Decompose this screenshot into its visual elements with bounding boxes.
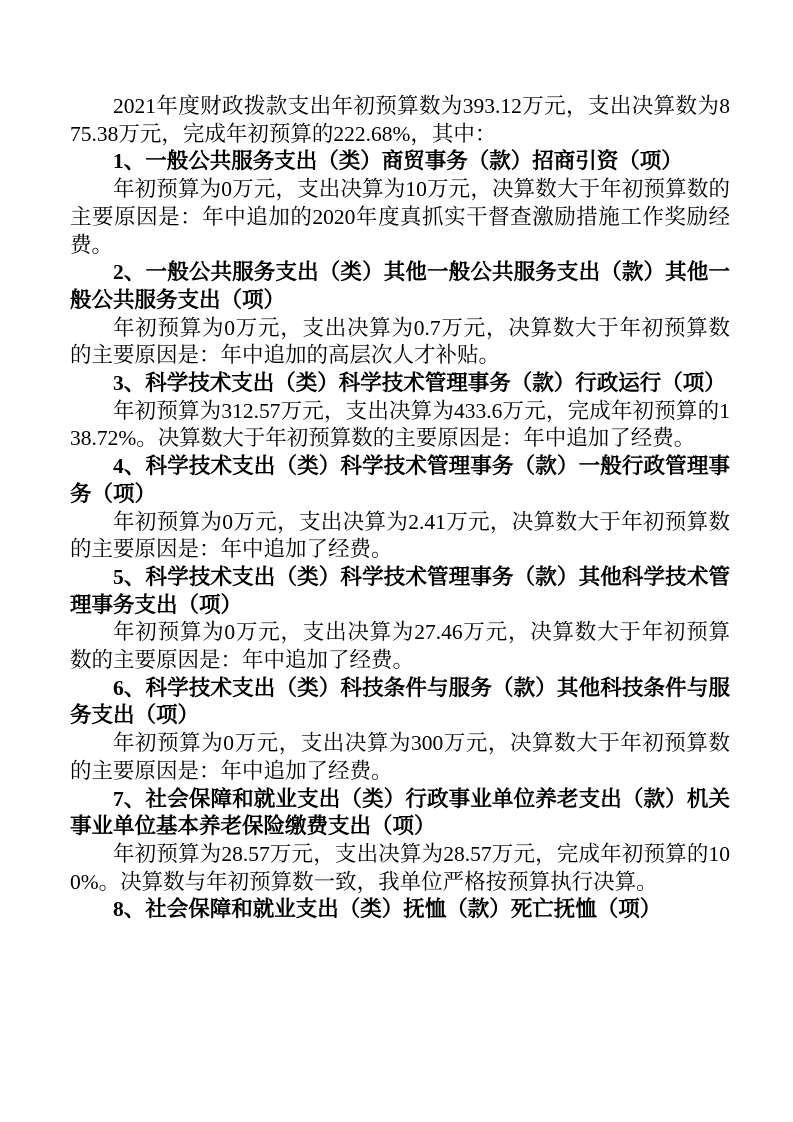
document-page: 2021年度财政拨款支出年初预算数为393.12万元，支出决算数为875.38万… — [0, 0, 793, 1122]
section-2-heading: 2、一般公共服务支出（类）其他一般公共服务支出（款）其他一般公共服务支出（项） — [70, 259, 730, 314]
section-6-body: 年初预算为0万元，支出决算为300万元，决算数大于年初预算数的主要原因是：年中追… — [70, 730, 730, 785]
document-body: 2021年度财政拨款支出年初预算数为393.12万元，支出决算数为875.38万… — [70, 93, 730, 924]
section-4-heading: 4、科学技术支出（类）科学技术管理事务（款）一般行政管理事务（项） — [70, 453, 730, 508]
section-8-heading: 8、社会保障和就业支出（类）抚恤（款）死亡抚恤（项） — [70, 896, 730, 924]
section-6-heading: 6、科学技术支出（类）科技条件与服务（款）其他科技条件与服务支出（项） — [70, 675, 730, 730]
section-2-body: 年初预算为0万元，支出决算为0.7万元，决算数大于年初预算数的主要原因是：年中追… — [70, 315, 730, 370]
section-1-body: 年初预算为0万元，支出决算为10万元，决算数大于年初预算数的主要原因是：年中追加… — [70, 176, 730, 259]
section-7-body: 年初预算为28.57万元，支出决算为28.57万元，完成年初预算的100%。决算… — [70, 841, 730, 896]
section-3-heading: 3、科学技术支出（类）科学技术管理事务（款）行政运行（项） — [70, 370, 730, 398]
section-3-body: 年初预算为312.57万元，支出决算为433.6万元，完成年初预算的138.72… — [70, 398, 730, 453]
section-1-heading: 1、一般公共服务支出（类）商贸事务（款）招商引资（项） — [70, 148, 730, 176]
section-7-heading: 7、社会保障和就业支出（类）行政事业单位养老支出（款）机关事业单位基本养老保险缴… — [70, 786, 730, 841]
section-5-body: 年初预算为0万元，支出决算为27.46万元，决算数大于年初预算数的主要原因是：年… — [70, 619, 730, 674]
section-4-body: 年初预算为0万元，支出决算为2.41万元，决算数大于年初预算数的主要原因是：年中… — [70, 509, 730, 564]
section-5-heading: 5、科学技术支出（类）科学技术管理事务（款）其他科学技术管理事务支出（项） — [70, 564, 730, 619]
intro-paragraph: 2021年度财政拨款支出年初预算数为393.12万元，支出决算数为875.38万… — [70, 93, 730, 148]
